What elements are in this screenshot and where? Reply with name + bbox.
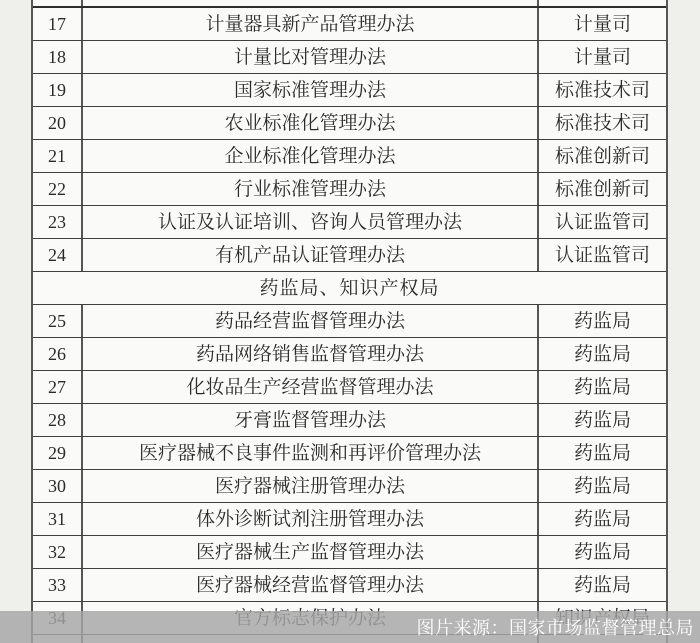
title-cell: 认证及认证培训、咨询人员管理办法 <box>83 206 539 238</box>
title-cell: 计量比对管理办法 <box>83 41 539 73</box>
row-number-cell <box>33 0 83 6</box>
table-row: 21 企业标准化管理办法 标准创新司 <box>33 140 666 173</box>
table-row: 33 医疗器械经营监督管理办法 药监局 <box>33 569 666 602</box>
table-row: 24 有机产品认证管理办法 认证监管司 <box>33 239 666 272</box>
table-row-partial-top <box>33 0 666 8</box>
row-number-cell: 20 <box>33 107 83 139</box>
dept-cell: 标准技术司 <box>539 107 666 139</box>
row-number-cell: 30 <box>33 470 83 502</box>
watermark-bar: 图片来源：国家市场监督管理总局 <box>0 611 700 643</box>
row-number-cell: 22 <box>33 173 83 205</box>
dept-cell: 药监局 <box>539 338 666 370</box>
section-header-row: 药监局、知识产权局 <box>33 272 666 305</box>
title-cell: 化妆品生产经营监督管理办法 <box>83 371 539 403</box>
dept-cell: 药监局 <box>539 470 666 502</box>
title-cell: 医疗器械生产监督管理办法 <box>83 536 539 568</box>
title-cell: 体外诊断试剂注册管理办法 <box>83 503 539 535</box>
table-row: 19 国家标准管理办法 标准技术司 <box>33 74 666 107</box>
row-number-cell: 31 <box>33 503 83 535</box>
dept-cell: 药监局 <box>539 536 666 568</box>
dept-cell: 认证监管司 <box>539 239 666 271</box>
title-cell: 国家标准管理办法 <box>83 74 539 106</box>
table-row: 20 农业标准化管理办法 标准技术司 <box>33 107 666 140</box>
dept-cell: 标准技术司 <box>539 74 666 106</box>
dept-cell: 药监局 <box>539 437 666 469</box>
dept-cell: 认证监管司 <box>539 206 666 238</box>
row-number-cell: 25 <box>33 305 83 337</box>
title-cell: 医疗器械经营监督管理办法 <box>83 569 539 601</box>
title-cell <box>83 0 539 6</box>
dept-cell: 药监局 <box>539 404 666 436</box>
title-cell: 牙膏监督管理办法 <box>83 404 539 436</box>
regulations-table: 17 计量器具新产品管理办法 计量司 18 计量比对管理办法 计量司 19 国家… <box>31 0 668 643</box>
row-number-cell: 29 <box>33 437 83 469</box>
table-row: 25 药品经营监督管理办法 药监局 <box>33 305 666 338</box>
table-row: 31 体外诊断试剂注册管理办法 药监局 <box>33 503 666 536</box>
row-number-cell: 33 <box>33 569 83 601</box>
dept-cell: 药监局 <box>539 305 666 337</box>
dept-cell: 标准创新司 <box>539 140 666 172</box>
dept-cell: 药监局 <box>539 569 666 601</box>
row-number-cell: 26 <box>33 338 83 370</box>
table-row: 32 医疗器械生产监督管理办法 药监局 <box>33 536 666 569</box>
row-number-cell: 18 <box>33 41 83 73</box>
dept-cell: 标准创新司 <box>539 173 666 205</box>
row-number-cell: 21 <box>33 140 83 172</box>
table-row: 28 牙膏监督管理办法 药监局 <box>33 404 666 437</box>
title-cell: 企业标准化管理办法 <box>83 140 539 172</box>
title-cell: 医疗器械注册管理办法 <box>83 470 539 502</box>
row-number-cell: 17 <box>33 8 83 40</box>
table-row: 29 医疗器械不良事件监测和再评价管理办法 药监局 <box>33 437 666 470</box>
title-cell: 医疗器械不良事件监测和再评价管理办法 <box>83 437 539 469</box>
table-row: 30 医疗器械注册管理办法 药监局 <box>33 470 666 503</box>
table-row: 18 计量比对管理办法 计量司 <box>33 41 666 74</box>
table-row: 23 认证及认证培训、咨询人员管理办法 认证监管司 <box>33 206 666 239</box>
table-row: 26 药品网络销售监督管理办法 药监局 <box>33 338 666 371</box>
dept-cell: 计量司 <box>539 8 666 40</box>
title-cell: 有机产品认证管理办法 <box>83 239 539 271</box>
dept-cell: 药监局 <box>539 371 666 403</box>
row-number-cell: 23 <box>33 206 83 238</box>
table-row: 22 行业标准管理办法 标准创新司 <box>33 173 666 206</box>
title-cell: 药品网络销售监督管理办法 <box>83 338 539 370</box>
dept-cell: 计量司 <box>539 41 666 73</box>
title-cell: 药品经营监督管理办法 <box>83 305 539 337</box>
title-cell: 行业标准管理办法 <box>83 173 539 205</box>
title-cell: 农业标准化管理办法 <box>83 107 539 139</box>
dept-cell: 药监局 <box>539 503 666 535</box>
watermark-text: 图片来源：国家市场监督管理总局 <box>417 614 695 640</box>
row-number-cell: 28 <box>33 404 83 436</box>
row-number-cell: 19 <box>33 74 83 106</box>
table-row: 27 化妆品生产经营监督管理办法 药监局 <box>33 371 666 404</box>
section-title: 药监局、知识产权局 <box>33 272 666 304</box>
title-cell: 计量器具新产品管理办法 <box>83 8 539 40</box>
row-number-cell: 32 <box>33 536 83 568</box>
row-number-cell: 27 <box>33 371 83 403</box>
dept-cell <box>539 0 666 6</box>
table-row: 17 计量器具新产品管理办法 计量司 <box>33 8 666 41</box>
row-number-cell: 24 <box>33 239 83 271</box>
